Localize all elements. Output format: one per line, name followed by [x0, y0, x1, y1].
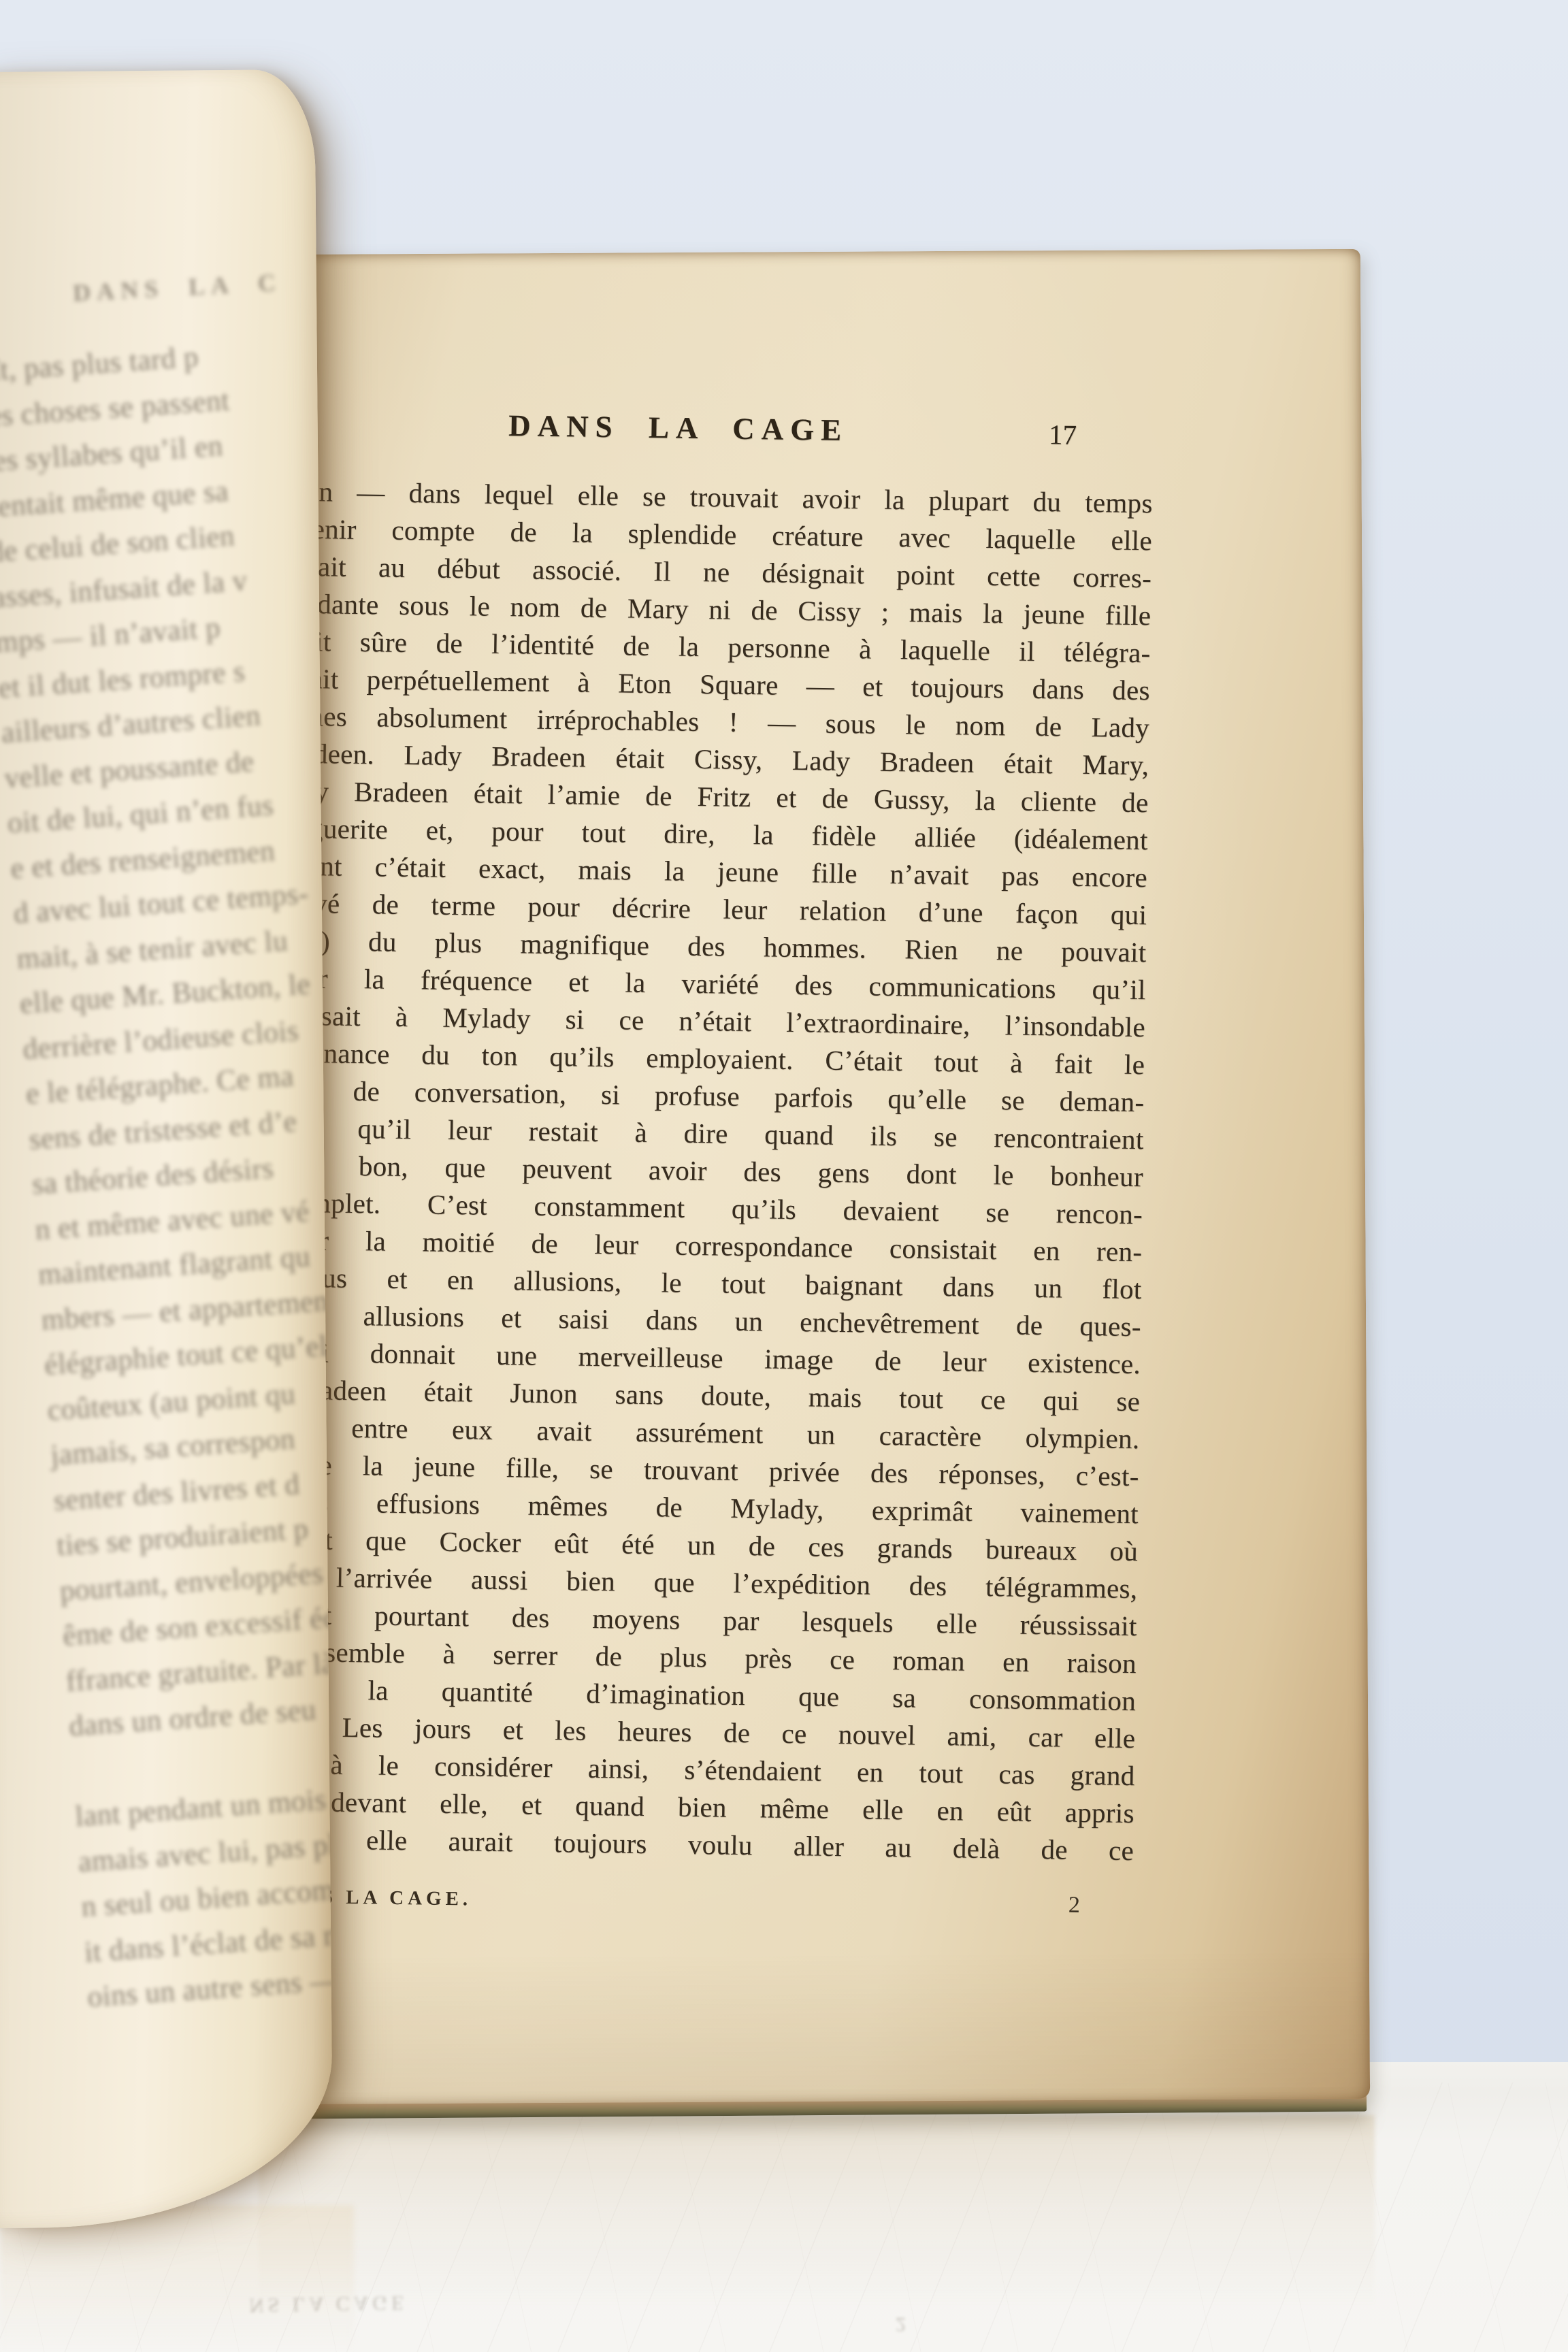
left-page-running-header: DANS LA C [72, 268, 282, 308]
page-footer: ANS LA CAGE. 2 [285, 1882, 1134, 1927]
open-book-photo: DANS LA CAGE 17 un — dans lequel elle se… [0, 0, 1568, 2352]
running-header: DANS LA CAGE 17 [259, 404, 1362, 468]
page-content: DANS LA CAGE 17 un — dans lequel elle se… [236, 253, 1365, 2118]
reflected-footer-text: NS LA CAGE [249, 2291, 408, 2317]
body-text-block: un — dans lequel elle se trouvait avoir … [286, 473, 1153, 1869]
signature-number: 2 [1068, 1893, 1081, 1918]
reflected-signature-number: 2 [896, 2313, 906, 2336]
curled-left-page: DANS LA C vît, pas plus tard ples choses… [0, 69, 333, 2228]
book-right-page: DANS LA CAGE 17 un — dans lequel elle se… [258, 249, 1370, 2104]
left-page-blurred-text: vît, pas plus tard ples choses se passen… [0, 321, 333, 2021]
page-number: 17 [1049, 418, 1077, 451]
running-header-title: DANS LA CAGE [508, 408, 849, 448]
